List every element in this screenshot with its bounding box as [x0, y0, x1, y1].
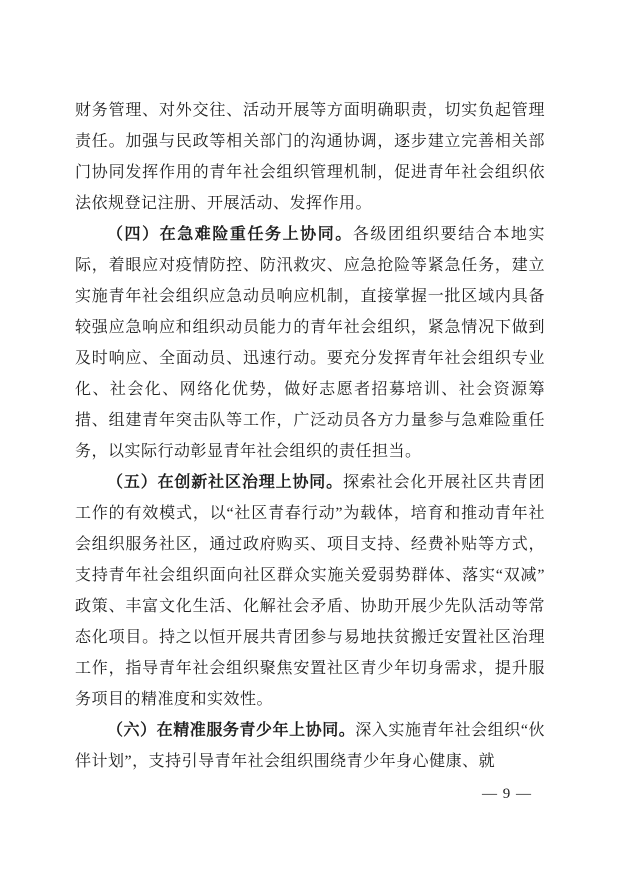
- paragraph: （五）在创新社区治理上协同。探索社会化开展社区共青团工作的有效模式，以“社区青春…: [75, 467, 545, 715]
- document-page: 财务管理、对外交往、活动开展等方面明确职责，切实负起管理责任。加强与民政等相关部…: [0, 0, 620, 877]
- paragraph-text: 探索社会化开展社区共青团工作的有效模式，以“社区青春行动”为载体，培育和推动青年…: [75, 474, 545, 708]
- text-block: 财务管理、对外交往、活动开展等方面明确职责，切实负起管理责任。加强与民政等相关部…: [75, 95, 545, 777]
- paragraph: （六）在精准服务青少年上协同。深入实施青年社会组织“伙伴计划”，支持引导青年社会…: [75, 715, 545, 777]
- page-number: — 9 —: [482, 786, 532, 803]
- paragraph-lead: （四）在急难险重任务上协同。: [107, 226, 353, 243]
- paragraph-lead: （六）在精准服务青少年上协同。: [107, 722, 355, 739]
- paragraph: 财务管理、对外交往、活动开展等方面明确职责，切实负起管理责任。加强与民政等相关部…: [75, 95, 545, 219]
- paragraph-lead: （五）在创新社区治理上协同。: [107, 474, 343, 491]
- paragraph-text: 财务管理、对外交往、活动开展等方面明确职责，切实负起管理责任。加强与民政等相关部…: [75, 102, 545, 212]
- paragraph-text: 各级团组织要结合本地实际，着眼应对疫情防控、防汛救灾、应急抢险等紧急任务，建立实…: [75, 226, 545, 460]
- paragraph: （四）在急难险重任务上协同。各级团组织要结合本地实际，着眼应对疫情防控、防汛救灾…: [75, 219, 545, 467]
